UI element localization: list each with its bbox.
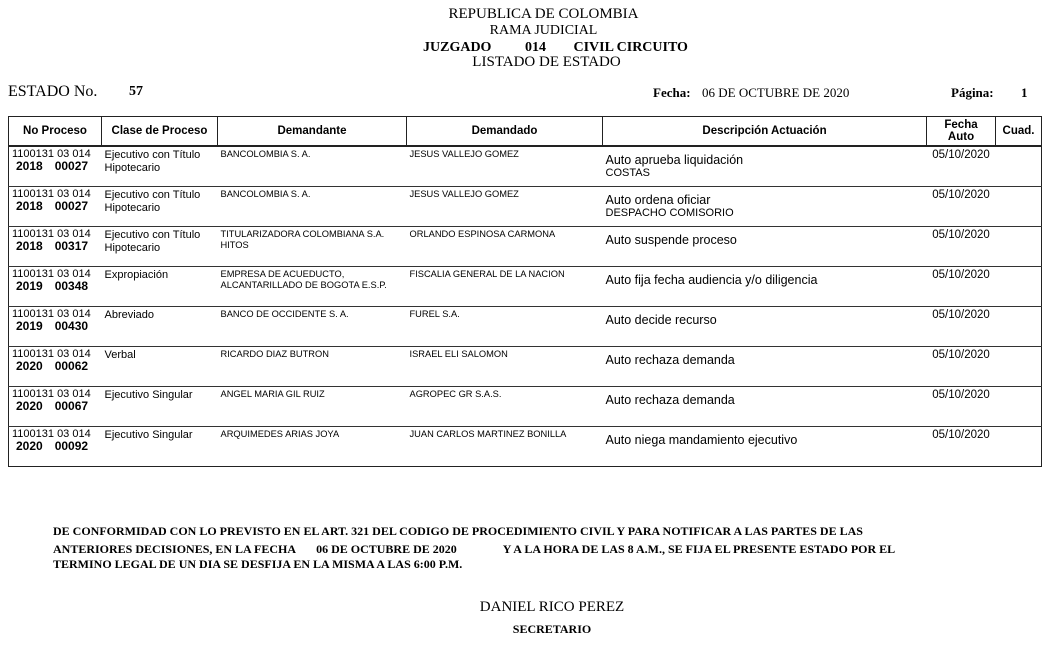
numero: 00430 — [55, 319, 88, 333]
cell-fecha-auto: 05/10/2020 — [927, 387, 996, 427]
numero: 00027 — [55, 159, 88, 173]
cell-clase: Ejecutivo Singular — [102, 427, 218, 467]
year-number: 201800027 — [12, 200, 99, 212]
anio: 2019 — [16, 279, 43, 293]
estado-label: ESTADO No. — [8, 83, 97, 101]
cell-cuad — [996, 146, 1042, 187]
signer-name: DANIEL RICO PEREZ — [0, 599, 1047, 616]
cell-clase: Ejecutivo con Título Hipotecario — [102, 187, 218, 227]
footer-line-2-b: Y A LA HORA DE LAS 8 A.M., SE FIJA EL PR… — [503, 542, 895, 556]
table-row: 1100131 03 014201900348ExpropiaciónEMPRE… — [9, 267, 1042, 307]
year-number: 201800027 — [12, 160, 99, 172]
actuacion: Auto niega mandamiento ejecutivo — [606, 429, 924, 447]
cell-clase: Expropiación — [102, 267, 218, 307]
col-no-proceso: No Proceso — [9, 117, 102, 147]
cell-clase: Ejecutivo con Título Hipotecario — [102, 146, 218, 187]
cell-demandante: BANCOLOMBIA S. A. — [218, 187, 407, 227]
cell-demandado: JUAN CARLOS MARTINEZ BONILLA — [407, 427, 603, 467]
footer-line-2-a: ANTERIORES DECISIONES, EN LA FECHA — [53, 542, 296, 556]
table-row: 1100131 03 014201800317Ejecutivo con Tít… — [9, 227, 1042, 267]
numero: 00317 — [55, 239, 88, 253]
cell-descripcion: Auto aprueba liquidaciónCOSTAS — [603, 146, 927, 187]
cell-no-proceso: 1100131 03 014201800027 — [9, 187, 102, 227]
header-rama-judicial: RAMA JUDICIAL — [0, 23, 1047, 39]
cell-cuad — [996, 427, 1042, 467]
document-title: LISTADO DE ESTADO — [0, 54, 1047, 71]
actuacion: Auto rechaza demanda — [606, 349, 924, 367]
cell-cuad — [996, 267, 1042, 307]
cell-demandado: AGROPEC GR S.A.S. — [407, 387, 603, 427]
cell-demandante: ARQUIMEDES ARIAS JOYA — [218, 427, 407, 467]
cell-no-proceso: 1100131 03 014202000092 — [9, 427, 102, 467]
actuacion-detalle: COSTAS — [606, 167, 924, 180]
estado-number: 57 — [129, 84, 143, 100]
year-number: 201800317 — [12, 240, 99, 252]
cell-cuad — [996, 387, 1042, 427]
cell-descripcion: Auto fija fecha audiencia y/o diligencia — [603, 267, 927, 307]
actuacion: Auto rechaza demanda — [606, 389, 924, 407]
table-row: 1100131 03 014201800027Ejecutivo con Tít… — [9, 187, 1042, 227]
cell-demandante: BANCOLOMBIA S. A. — [218, 146, 407, 187]
col-clase-proceso: Clase de Proceso — [102, 117, 218, 147]
actuacion: Auto fija fecha audiencia y/o diligencia — [606, 269, 924, 287]
footer-line-2: ANTERIORES DECISIONES, EN LA FECHA06 DE … — [53, 542, 895, 557]
cell-fecha-auto: 05/10/2020 — [927, 146, 996, 187]
table-header-row: No Proceso Clase de Proceso Demandante D… — [9, 117, 1042, 147]
footer-line-3: TERMINO LEGAL DE UN DIA SE DESFIJA EN LA… — [53, 557, 462, 572]
anio: 2018 — [16, 239, 43, 253]
cell-fecha-auto: 05/10/2020 — [927, 187, 996, 227]
cell-demandado: ORLANDO ESPINOSA CARMONA — [407, 227, 603, 267]
numero: 00092 — [55, 439, 88, 453]
anio: 2020 — [16, 399, 43, 413]
cell-descripcion: Auto niega mandamiento ejecutivo — [603, 427, 927, 467]
pagina-label: Página: — [951, 85, 994, 101]
cell-demandado: FISCALIA GENERAL DE LA NACION — [407, 267, 603, 307]
footer-line-1: DE CONFORMIDAD CON LO PREVISTO EN EL ART… — [53, 524, 863, 539]
numero: 00027 — [55, 199, 88, 213]
cell-fecha-auto: 05/10/2020 — [927, 307, 996, 347]
cell-demandante: BANCO DE OCCIDENTE S. A. — [218, 307, 407, 347]
anio: 2020 — [16, 439, 43, 453]
actuacion: Auto suspende proceso — [606, 229, 924, 247]
cell-clase: Verbal — [102, 347, 218, 387]
signer-role: SECRETARIO — [0, 622, 1047, 637]
cell-no-proceso: 1100131 03 014202000067 — [9, 387, 102, 427]
header-republica: REPUBLICA DE COLOMBIA — [0, 6, 1047, 23]
table-row: 1100131 03 014202000092Ejecutivo Singula… — [9, 427, 1042, 467]
actuacion: Auto decide recurso — [606, 309, 924, 327]
actuacion: Auto aprueba liquidación — [606, 149, 924, 167]
cell-descripcion: Auto ordena oficiarDESPACHO COMISORIO — [603, 187, 927, 227]
cell-fecha-auto: 05/10/2020 — [927, 347, 996, 387]
anio: 2020 — [16, 359, 43, 373]
cell-fecha-auto: 05/10/2020 — [927, 267, 996, 307]
numero: 00067 — [55, 399, 88, 413]
anio: 2019 — [16, 319, 43, 333]
col-demandado: Demandado — [407, 117, 603, 147]
fecha-label: Fecha: — [653, 85, 691, 101]
anio: 2018 — [16, 159, 43, 173]
col-demandante: Demandante — [218, 117, 407, 147]
table-row: 1100131 03 014201900430AbreviadoBANCO DE… — [9, 307, 1042, 347]
cell-clase: Ejecutivo con Título Hipotecario — [102, 227, 218, 267]
cell-demandante: EMPRESA DE ACUEDUCTO, ALCANTARILLADO DE … — [218, 267, 407, 307]
cell-demandado: JESUS VALLEJO GOMEZ — [407, 146, 603, 187]
cell-demandado: JESUS VALLEJO GOMEZ — [407, 187, 603, 227]
cell-no-proceso: 1100131 03 014201800317 — [9, 227, 102, 267]
footer-date: 06 DE OCTUBRE DE 2020 — [316, 542, 457, 556]
numero: 00062 — [55, 359, 88, 373]
cell-demandante: TITULARIZADORA COLOMBIANA S.A. HITOS — [218, 227, 407, 267]
anio: 2018 — [16, 199, 43, 213]
cell-no-proceso: 1100131 03 014201800027 — [9, 146, 102, 187]
cell-demandante: ANGEL MARIA GIL RUIZ — [218, 387, 407, 427]
year-number: 201900430 — [12, 320, 99, 332]
cell-no-proceso: 1100131 03 014201900348 — [9, 267, 102, 307]
cell-demandado: ISRAEL ELI SALOMON — [407, 347, 603, 387]
pagina-value: 1 — [1021, 85, 1028, 101]
col-descripcion: Descripción Actuación — [603, 117, 927, 147]
cell-cuad — [996, 187, 1042, 227]
cell-descripcion: Auto suspende proceso — [603, 227, 927, 267]
actuacion-detalle: DESPACHO COMISORIO — [606, 207, 924, 220]
cell-demandado: FUREL S.A. — [407, 307, 603, 347]
cell-clase: Abreviado — [102, 307, 218, 347]
year-number: 202000062 — [12, 360, 99, 372]
cell-descripcion: Auto decide recurso — [603, 307, 927, 347]
year-number: 202000092 — [12, 440, 99, 452]
table-row: 1100131 03 014202000067Ejecutivo Singula… — [9, 387, 1042, 427]
fecha-value: 06 DE OCTUBRE DE 2020 — [702, 85, 849, 101]
table-row: 1100131 03 014202000062VerbalRICARDO DIA… — [9, 347, 1042, 387]
cell-clase: Ejecutivo Singular — [102, 387, 218, 427]
col-fecha-auto: Fecha Auto — [927, 117, 996, 147]
cell-cuad — [996, 307, 1042, 347]
cell-demandante: RICARDO DIAZ BUTRON — [218, 347, 407, 387]
cell-fecha-auto: 05/10/2020 — [927, 427, 996, 467]
table-row: 1100131 03 014201800027Ejecutivo con Tít… — [9, 146, 1042, 187]
cell-cuad — [996, 347, 1042, 387]
cell-no-proceso: 1100131 03 014201900430 — [9, 307, 102, 347]
col-cuad: Cuad. — [996, 117, 1042, 147]
actuacion: Auto ordena oficiar — [606, 189, 924, 207]
cell-no-proceso: 1100131 03 014202000062 — [9, 347, 102, 387]
cell-descripcion: Auto rechaza demanda — [603, 387, 927, 427]
year-number: 201900348 — [12, 280, 99, 292]
year-number: 202000067 — [12, 400, 99, 412]
cell-cuad — [996, 227, 1042, 267]
estado-table: No Proceso Clase de Proceso Demandante D… — [8, 116, 1042, 467]
numero: 00348 — [55, 279, 88, 293]
cell-descripcion: Auto rechaza demanda — [603, 347, 927, 387]
cell-fecha-auto: 05/10/2020 — [927, 227, 996, 267]
